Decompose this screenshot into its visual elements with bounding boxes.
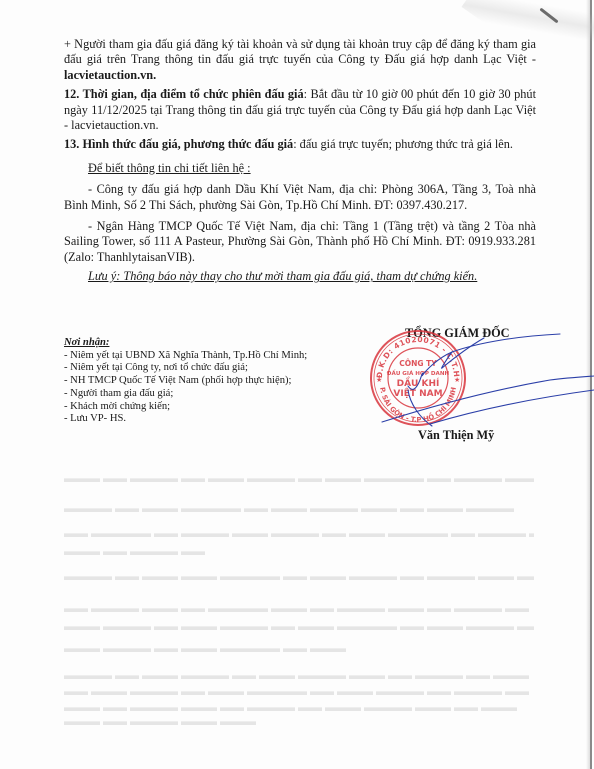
section-12-heading: 12. Thời gian, địa điểm tổ chức phiên đấ… <box>64 87 304 101</box>
receiver-item: - Niêm yết tại Công ty, nơi tổ chức đấu … <box>64 362 307 375</box>
receiver-item: - Khách mời chứng kiến; <box>64 401 307 414</box>
section-13: 13. Hình thức đấu giá, phương thức đấu g… <box>64 137 536 152</box>
receivers-list: Nơi nhận: - Niêm yết tại UBND Xã Nghĩa T… <box>64 337 307 426</box>
receivers-title: Nơi nhận: <box>64 337 307 350</box>
section-13-heading: 13. Hình thức đấu giá, phương thức đấu g… <box>64 137 293 151</box>
contact-item-bank: - Ngân Hàng TMCP Quốc Tế Việt Nam, địa c… <box>64 219 536 265</box>
notice-note: Lưu ý: Thông báo này thay cho thư mời th… <box>64 269 536 284</box>
section-13-body: : đấu giá trực tuyến; phương thức trả gi… <box>293 137 513 151</box>
contact-heading: Để biết thông tin chi tiết liên hệ : <box>64 161 536 176</box>
receiver-item: - Niêm yết tại UBND Xã Nghĩa Thành, Tp.H… <box>64 350 307 363</box>
registration-paragraph: + Người tham gia đấu giá đăng ký tài kho… <box>64 37 536 83</box>
contact-item-company: - Công ty đấu giá hợp danh Dầu Khí Việt … <box>64 182 536 213</box>
signer-name: Văn Thiện Mỹ <box>418 428 494 443</box>
handwritten-signature <box>360 330 594 440</box>
document-body: + Người tham gia đấu giá đăng ký tài kho… <box>64 37 536 285</box>
receiver-item: - NH TMCP Quốc Tế Việt Nam (phối hợp thự… <box>64 375 307 388</box>
website-link-text: lacvietauction.vn. <box>64 68 156 82</box>
receiver-item: - Lưu VP- HS. <box>64 413 307 426</box>
section-12: 12. Thời gian, địa điểm tổ chức phiên đấ… <box>64 87 536 133</box>
receiver-item: - Người tham gia đấu giá; <box>64 388 307 401</box>
